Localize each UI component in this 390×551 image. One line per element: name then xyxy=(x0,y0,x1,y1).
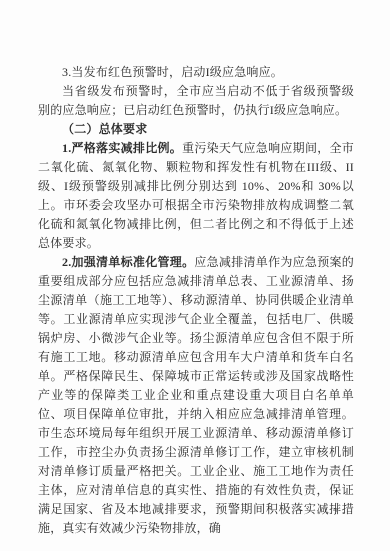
paragraph-lead: 1.严格落实减排比例。 xyxy=(62,141,182,155)
section-heading-label: （二）总体要求 xyxy=(62,122,147,136)
paragraph-lead: 2.加强清单标准化管理。 xyxy=(62,255,194,269)
para-red-alert-response: 3.当发布红色预警时，启动I级应急响应。 xyxy=(38,63,354,82)
paragraph-text: 应急减排清单作为应急预案的重要组成部分应包括应急减排清单总表、工业源清单、扬尘源… xyxy=(38,255,354,535)
document-page: 3.当发布红色预警时，启动I级应急响应。 当省级发布预警时，全市应当启动不低于省… xyxy=(0,0,390,551)
paragraph-text: 当省级发布预警时，全市应当启动不低于省级预警级别的应急响应；已启动红色预警时，仍… xyxy=(38,84,354,117)
para-provincial-alert-response: 当省级发布预警时，全市应当启动不低于省级预警级别的应急响应；已启动红色预警时，仍… xyxy=(38,82,354,120)
page-number: - 7 - xyxy=(316,508,356,518)
paragraph-text: 重污染天气应急响应期间，全市二氧化硫、氮氧化物、颗粒物和挥发性有机物在III级、… xyxy=(38,141,354,250)
document-body: 3.当发布红色预警时，启动I级应急响应。 当省级发布预警时，全市应当启动不低于省… xyxy=(38,63,354,538)
para-list-standardized-management: 2.加强清单标准化管理。应急减排清单作为应急预案的重要组成部分应包括应急减排清单… xyxy=(38,253,354,538)
paragraph-text: 3.当发布红色预警时，启动I级应急响应。 xyxy=(62,65,283,79)
para-emission-reduction-ratio: 1.严格落实减排比例。重污染天气应急响应期间，全市二氧化硫、氮氧化物、颗粒物和挥… xyxy=(38,139,354,253)
section-heading-overall-requirements: （二）总体要求 xyxy=(38,120,354,139)
